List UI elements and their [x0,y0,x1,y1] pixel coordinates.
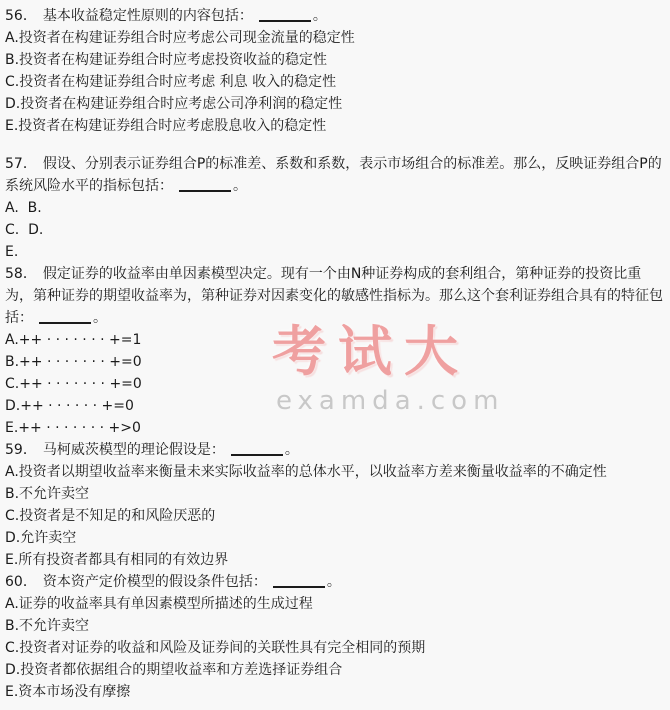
question-59-stem: 59．马柯威茨模型的理论假设是：。 [5,439,666,461]
answer-blank [179,177,231,192]
question-56-stem: 56．基本收益稳定性原则的内容包括：。 [5,5,666,27]
option-c: C.投资者在构建证券组合时应考虑 利息 收入的稳定性 [5,71,666,93]
option-e: E.所有投资者都具有相同的有效边界 [5,549,666,571]
option-a: A.投资者以期望收益率来衡量未来实际收益率的总体水平，以收益率方差来衡量收益率的… [5,461,666,483]
question-57-stem: 57．假设、分别表示证券组合P的标准差、系数和系数，表示市场组合的标准差。那么，… [5,153,666,197]
option-a: A.证券的收益率具有单因素模型所描述的生成过程 [5,593,666,615]
question-number: 60． [5,574,37,590]
option-c: C.投资者是不知足的和风险厌恶的 [5,505,666,527]
option-a: A.投资者在构建证券组合时应考虑公司现金流量的稳定性 [5,27,666,49]
option-row-e: E. [5,241,666,263]
option-b: B.++ · · · · · · · +=0 [5,351,666,373]
option-row-ab: A. B. [5,197,666,219]
option-b: B.不允许卖空 [5,615,666,637]
option-d: D.投资者都依据组合的期望收益率和方差选择证券组合 [5,659,666,681]
question-stem-text: 资本资产定价模型的假设条件包括： [43,574,267,590]
question-stem-text: 马柯威茨模型的理论假设是： [43,442,225,458]
question-57: 57．假设、分别表示证券组合P的标准差、系数和系数，表示市场组合的标准差。那么，… [5,153,666,263]
option-b: B.不允许卖空 [5,483,666,505]
question-number: 56． [5,8,37,24]
answer-blank [39,309,91,324]
question-stem-text: 假设、分别表示证券组合P的标准差、系数和系数，表示市场组合的标准差。那么，反映证… [5,156,662,194]
option-d: D.++ · · · · · · +=0 [5,395,666,417]
option-d: D.投资者在构建证券组合时应考虑公司净利润的稳定性 [5,93,666,115]
option-e: E.资本市场没有摩擦 [5,681,666,703]
answer-blank [259,7,311,22]
question-stem-text: 基本收益稳定性原则的内容包括： [43,8,253,24]
option-b: B.投资者在构建证券组合时应考虑投资收益的稳定性 [5,49,666,71]
stem-suffix: 。 [233,178,247,194]
option-e: E.投资者在构建证券组合时应考虑股息收入的稳定性 [5,115,666,137]
question-60-stem: 60．资本资产定价模型的假设条件包括：。 [5,571,666,593]
option-e: E.++ · · · · · · · +>0 [5,417,666,439]
option-row-cd: C. D. [5,219,666,241]
question-number: 57． [5,156,37,172]
question-58-stem: 58．假定证券的收益率由单因素模型决定。现有一个由N种证券构成的套利组合，第种证… [5,263,666,329]
option-c: C.投资者对证券的收益和风险及证券间的关联性具有完全相同的预期 [5,637,666,659]
stem-suffix: 。 [285,442,299,458]
stem-suffix: 。 [313,8,327,24]
option-c: C.++ · · · · · · · +=0 [5,373,666,395]
question-number: 59． [5,442,37,458]
answer-blank [273,573,325,588]
question-56: 56．基本收益稳定性原则的内容包括：。 A.投资者在构建证券组合时应考虑公司现金… [5,5,666,137]
question-number: 58． [5,266,37,282]
option-a: A.++ · · · · · · · +=1 [5,329,666,351]
exam-content: 56．基本收益稳定性原则的内容包括：。 A.投资者在构建证券组合时应考虑公司现金… [0,0,670,703]
stem-suffix: 。 [327,574,341,590]
question-59: 59．马柯威茨模型的理论假设是：。 A.投资者以期望收益率来衡量未来实际收益率的… [5,439,666,571]
question-58: 58．假定证券的收益率由单因素模型决定。现有一个由N种证券构成的套利组合，第种证… [5,263,666,439]
answer-blank [231,441,283,456]
stem-suffix: 。 [93,310,107,326]
option-d: D.允许卖空 [5,527,666,549]
question-60: 60．资本资产定价模型的假设条件包括：。 A.证券的收益率具有单因素模型所描述的… [5,571,666,703]
